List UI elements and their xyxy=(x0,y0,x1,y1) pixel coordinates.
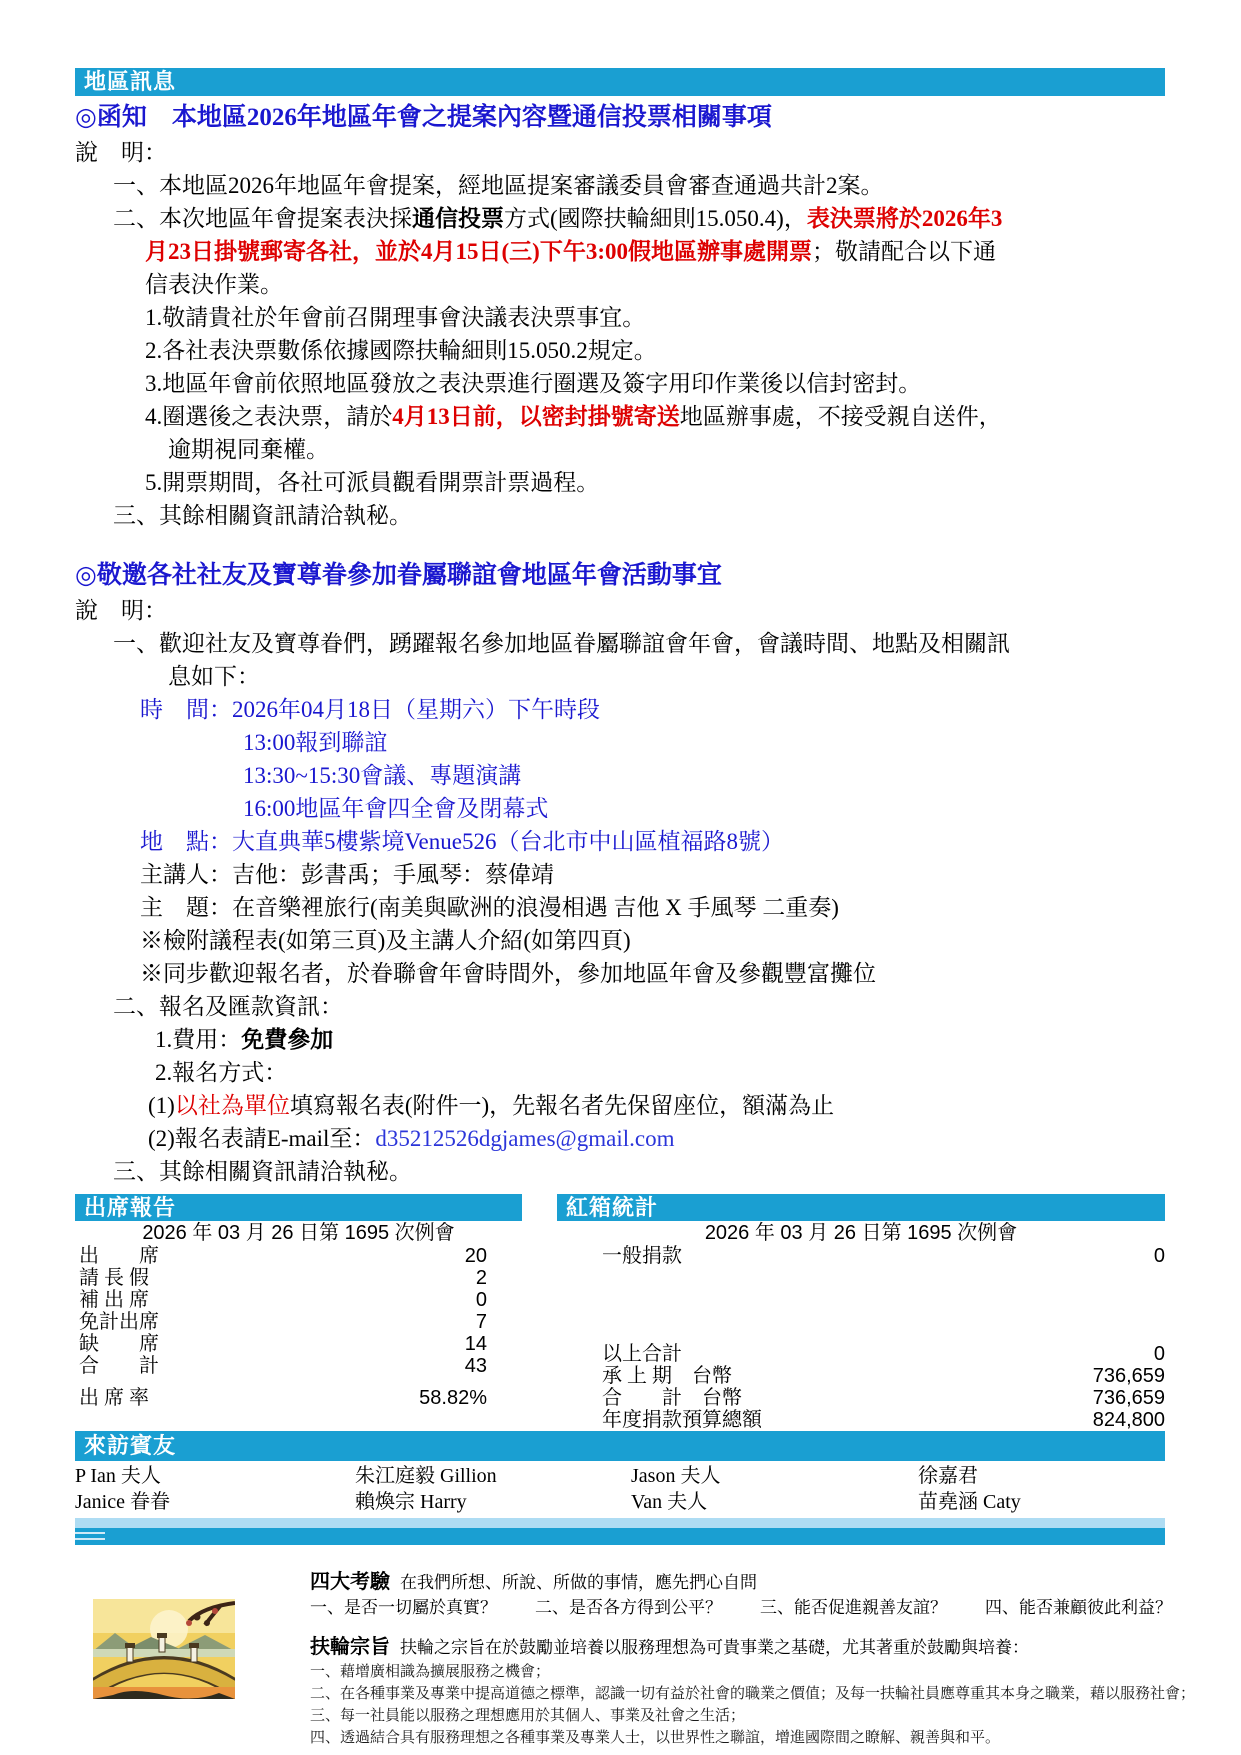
notice2-item3: 三、其餘相關資訊請洽執秘。 xyxy=(75,1155,1165,1188)
four-way-test-title: 四大考驗 xyxy=(310,1571,390,1593)
district-news-section-bar: 地區訊息 xyxy=(75,68,1165,96)
attendance-rate-value: 58.82% xyxy=(419,1387,522,1409)
newsletter-page: 地區訊息 ◎函知 本地區2026年地區年會之提案內容暨通信投票相關事項 說 明：… xyxy=(0,0,1241,1755)
attendance-label: 請 長 假 xyxy=(75,1267,149,1289)
notice1-item2-seg-bold: 通信投票 xyxy=(412,206,504,231)
attendance-label: 出 席 xyxy=(75,1245,159,1267)
table-row: 一般捐款0 xyxy=(557,1245,1165,1267)
page-content: 地區訊息 ◎函知 本地區2026年地區年會之提案內容暨通信投票相關事項 說 明：… xyxy=(75,68,1165,1755)
notice1-item2-line2: 月23日掛號郵寄各社，並於4月15日(三)下午3:00假地區辦事處開票；敬請配合… xyxy=(75,235,1165,268)
notice1-sub4-seg-red: 4月13日前，以密封掛號寄送 xyxy=(392,404,680,429)
notice1-sub4-seg-a: 4.圈選後之表決票，請於 xyxy=(145,404,392,429)
guest-name: Van 夫人 xyxy=(631,1489,918,1515)
redbox-label: 承 上 期 台幣 xyxy=(557,1365,732,1387)
attendance-report-table: 出席報告 2026 年 03 月 26 日第 1695 次例會 出 席20 請 … xyxy=(75,1194,522,1431)
attendance-meeting-subtitle: 2026 年 03 月 26 日第 1695 次例會 xyxy=(75,1221,522,1245)
guest-name: Jason 夫人 xyxy=(631,1463,918,1489)
notice1-item2-seg-tail: ；敬請配合以下通 xyxy=(812,239,996,264)
attendance-value: 2 xyxy=(476,1267,522,1289)
redbox-value: 736,659 xyxy=(1093,1365,1165,1387)
table-spacer xyxy=(557,1267,1165,1343)
bridge-illustration xyxy=(93,1599,235,1699)
notice1-sub3: 3.地區年會前依照地區發放之表決票進行圈選及簽字用印作業後以信封密封。 xyxy=(75,367,1165,400)
notice2-title: ◎敬邀各社社友及寶尊眷參加眷屬聯誼會地區年會活動事宜 xyxy=(75,557,1165,594)
divider-strip-cyan xyxy=(75,1528,1165,1545)
redbox-stats-bar: 紅箱統計 xyxy=(557,1194,1165,1221)
notice1-item2-line3: 信表決作業。 xyxy=(75,268,1165,301)
notice1-sub4-line1: 4.圈選後之表決票，請於4月13日前，以密封掛號寄送地區辦事處，不接受親自送件， xyxy=(75,400,1165,433)
notice2-item2: 二、報名及匯款資訊： xyxy=(75,990,1165,1023)
four-way-item-1: 一、是否一切屬於真實？ xyxy=(310,1596,497,1620)
notice1-item1: 一、本地區2026年地區年會提案，經地區提案審議委員會審查通過共計2案。 xyxy=(75,169,1165,202)
table-row: 請 長 假2 xyxy=(75,1267,522,1289)
rotary-purpose-title: 扶輪宗旨 xyxy=(310,1636,390,1658)
notice2-note-2: ※同步歡迎報名者，於眷聯會年會時間外，參加地區年會及參觀豐富攤位 xyxy=(75,957,1165,990)
notice2-reg2-label: (2)報名表請E-mail至： xyxy=(148,1126,375,1151)
attendance-value: 0 xyxy=(476,1289,522,1311)
attendance-value: 7 xyxy=(476,1311,522,1333)
rotary-purpose-intro: 扶輪之宗旨在於鼓勵並培養以服務理想為可貴事業之基礎，尤其著重於鼓勵與培養： xyxy=(400,1638,1029,1657)
notice1-item2-line1: 二、本次地區年會提案表決採通信投票方式(國際扶輪細則15.050.4)，表決票將… xyxy=(75,202,1165,235)
redbox-stats-table: 紅箱統計 2026 年 03 月 26 日第 1695 次例會 一般捐款0 以上… xyxy=(557,1194,1165,1431)
attendance-value: 20 xyxy=(465,1245,522,1267)
notice2-schedule-1: 13:00報到聯誼 xyxy=(75,726,1165,759)
four-way-item-3: 三、能否促進親善友誼？ xyxy=(760,1596,947,1620)
notice2-fee-value: 免費參加 xyxy=(241,1027,333,1052)
redbox-label: 合 計 台幣 xyxy=(557,1387,742,1409)
guest-name: P Ian 夫人 xyxy=(75,1463,355,1489)
notice1-item2-seg-c: 方式(國際扶輪細則15.050.4)， xyxy=(504,206,807,231)
notice1-item2-seg-a: 二、本次地區年會提案表決採 xyxy=(113,206,412,231)
section-gap xyxy=(75,532,1165,554)
notice2-topic-line: 主 題：在音樂裡旅行(南美與歐洲的浪漫相遇 吉他 X 手風琴 二重奏) xyxy=(75,891,1165,924)
attendance-report-bar: 出席報告 xyxy=(75,1194,522,1221)
footer-text: 四大考驗在我們所想、所說、所做的事情，應先捫心自問 一、是否一切屬於真實？ 二、… xyxy=(310,1569,1165,1749)
notice2-reg1-red: 以社為單位 xyxy=(175,1093,290,1118)
redbox-label: 以上合計 xyxy=(557,1343,682,1365)
notice1-item3: 三、其餘相關資訊請洽執秘。 xyxy=(75,499,1165,532)
guest-name: 朱江庭毅 Gillion xyxy=(355,1463,631,1489)
notice2-schedule-2: 13:30~15:30會議、專題演講 xyxy=(75,759,1165,792)
notice2-fee-label: 1.費用： xyxy=(155,1027,241,1052)
notice2-reg1-num: (1) xyxy=(148,1093,175,1118)
footer: 四大考驗在我們所想、所說、所做的事情，應先捫心自問 一、是否一切屬於真實？ 二、… xyxy=(75,1569,1165,1755)
attendance-label: 補 出 席 xyxy=(75,1289,149,1311)
divider-strip-light xyxy=(75,1518,1165,1528)
redbox-value: 824,800 xyxy=(1093,1409,1165,1431)
attendance-rate-row: 出 席 率58.82% xyxy=(75,1387,522,1409)
table-row: 出 席20 xyxy=(75,1245,522,1267)
redbox-label: 一般捐款 xyxy=(557,1245,682,1267)
four-way-item-4: 四、能否兼顧彼此利益？ xyxy=(985,1596,1172,1620)
notice2-fee-line: 1.費用：免費參加 xyxy=(75,1023,1165,1056)
notice2-speaker-line: 主講人：吉他：彭書禹；手風琴：蔡偉靖 xyxy=(75,858,1165,891)
table-row: 合 計43 xyxy=(75,1355,522,1377)
notice2-place-line: 地 點：大直典華5樓紫境Venue526（台北市中山區植福路8號） xyxy=(75,825,1165,858)
notice2-reg1-rest: 填寫報名表(附件一)，先報名者先保留座位，額滿為止 xyxy=(290,1093,834,1118)
four-way-item-2: 二、是否各方得到公平？ xyxy=(535,1596,722,1620)
redbox-label: 年度捐款預算總額 xyxy=(557,1409,762,1431)
notice2-schedule-3: 16:00地區年會四全會及閉幕式 xyxy=(75,792,1165,825)
table-spacer xyxy=(75,1377,522,1387)
notice1-sub4-seg-c: 地區辦事處，不接受親自送件， xyxy=(680,404,1002,429)
attendance-rate-label: 出 席 率 xyxy=(75,1387,149,1409)
notice2-reg2-line: (2)報名表請E-mail至：d35212526dgjames@gmail.co… xyxy=(75,1122,1165,1155)
guest-name: Janice 眷眷 xyxy=(75,1489,355,1515)
table-row: 補 出 席0 xyxy=(75,1289,522,1311)
redbox-value: 0 xyxy=(1154,1343,1165,1365)
visiting-guests-grid: P Ian 夫人 朱江庭毅 Gillion Jason 夫人 徐嘉君 Janic… xyxy=(75,1461,1165,1515)
rotary-purpose-item-2: 二、在各種事業及專業中提高道德之標準，認識一切有益於社會的職業之價值；及每一扶輪… xyxy=(310,1683,1165,1705)
rotary-purpose-item-1: 一、藉增廣相識為擴展服務之機會； xyxy=(310,1661,1165,1683)
registration-email-link[interactable]: d35212526dgjames@gmail.com xyxy=(375,1126,674,1151)
redbox-value: 0 xyxy=(1154,1245,1165,1267)
rotary-purpose-item-4: 四、透過結合具有服務理想之各種事業及專業人士，以世界性之聯誼，增進國際間之瞭解、… xyxy=(310,1727,1165,1749)
notice2-time-line: 時 間：2026年04月18日（星期六）下午時段 xyxy=(75,693,1165,726)
table-row: 承 上 期 台幣736,659 xyxy=(557,1365,1165,1387)
notice2-explain-label: 說 明： xyxy=(75,594,1165,627)
attendance-value: 43 xyxy=(465,1355,522,1377)
notice1-item2-seg-red1: 表決票將於2026年3 xyxy=(807,206,1003,231)
redbox-value: 736,659 xyxy=(1093,1387,1165,1409)
guest-name: 賴煥宗 Harry xyxy=(355,1489,631,1515)
guest-name: 苗堯涵 Caty xyxy=(918,1489,1165,1515)
notice1-sub1: 1.敬請貴社於年會前召開理事會決議表決票事宜。 xyxy=(75,301,1165,334)
notice2-reg-line: 2.報名方式： xyxy=(75,1056,1165,1089)
notice1-item2-seg-red2: 月23日掛號郵寄各社，並於4月15日(三)下午3:00假地區辦事處開票 xyxy=(145,239,812,264)
redbox-meeting-subtitle: 2026 年 03 月 26 日第 1695 次例會 xyxy=(557,1221,1165,1245)
rotary-purpose-heading: 扶輪宗旨扶輪之宗旨在於鼓勵並培養以服務理想為可貴事業之基礎，尤其著重於鼓勵與培養… xyxy=(310,1634,1165,1661)
notice1-sub5: 5.開票期間，各社可派員觀看開票計票過程。 xyxy=(75,466,1165,499)
rotary-purpose-item-3: 三、每一社員能以服務之理想應用於其個人、事業及社會之生活； xyxy=(310,1705,1165,1727)
notice2-item1-line2: 息如下： xyxy=(75,660,1165,693)
table-row: 以上合計0 xyxy=(557,1343,1165,1365)
four-way-test-heading: 四大考驗在我們所想、所說、所做的事情，應先捫心自問 xyxy=(310,1569,1165,1596)
attendance-label: 免計出席 xyxy=(75,1311,159,1333)
attendance-value: 14 xyxy=(465,1333,522,1355)
table-row: 年度捐款預算總額824,800 xyxy=(557,1409,1165,1431)
four-way-test-intro: 在我們所想、所說、所做的事情，應先捫心自問 xyxy=(400,1573,757,1592)
stats-tables-row: 出席報告 2026 年 03 月 26 日第 1695 次例會 出 席20 請 … xyxy=(75,1194,1165,1431)
table-gap xyxy=(522,1194,557,1431)
attendance-label: 缺 席 xyxy=(75,1333,159,1355)
notice2-item1-line1: 一、歡迎社友及寶尊眷們，踴躍報名參加地區眷屬聯誼會年會，會議時間、地點及相關訊 xyxy=(75,627,1165,660)
table-row: 合 計 台幣736,659 xyxy=(557,1387,1165,1409)
notice2-reg1-line: (1)以社為單位填寫報名表(附件一)，先報名者先保留座位，額滿為止 xyxy=(75,1089,1165,1122)
attendance-label: 合 計 xyxy=(75,1355,159,1377)
visiting-guests-bar: 來訪賓友 xyxy=(75,1431,1165,1461)
guest-name: 徐嘉君 xyxy=(918,1463,1165,1489)
notice1-sub4-line2: 逾期視同棄權。 xyxy=(75,433,1165,466)
notice2-note-1: ※檢附議程表(如第三頁)及主講人介紹(如第四頁) xyxy=(75,924,1165,957)
notice1-sub2: 2.各社表決票數係依據國際扶輪細則15.050.2規定。 xyxy=(75,334,1165,367)
notice1-title: ◎函知 本地區2026年地區年會之提案內容暨通信投票相關事項 xyxy=(75,99,1165,136)
four-way-test-items: 一、是否一切屬於真實？ 二、是否各方得到公平？ 三、能否促進親善友誼？ 四、能否… xyxy=(310,1596,1165,1620)
notice1-explain-label: 說 明： xyxy=(75,136,1165,169)
table-row: 缺 席14 xyxy=(75,1333,522,1355)
table-row: 免計出席7 xyxy=(75,1311,522,1333)
